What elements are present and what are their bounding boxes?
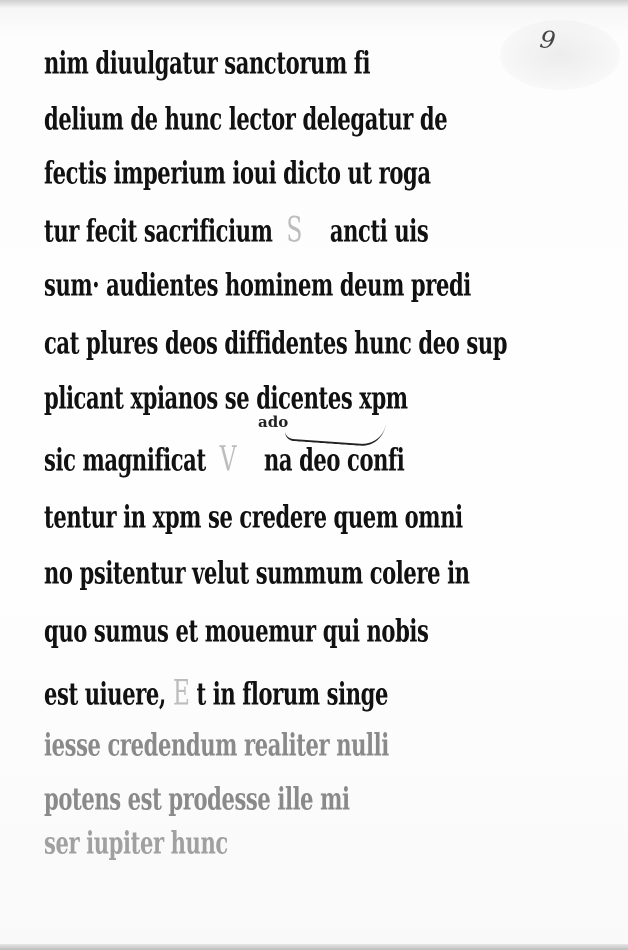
- manuscript-line: nim diuulgatur sanctorum fi: [44, 46, 370, 82]
- line-text: nim diuulgatur sanctorum fi: [44, 46, 370, 82]
- line-text: tentur in xpm se credere quem omni: [44, 500, 463, 536]
- line-text: iesse credendum realiter nulli: [44, 728, 389, 764]
- decorated-initial: E: [173, 673, 190, 713]
- line-text-continued: ancti uis: [330, 214, 428, 250]
- line-text: ser iupiter hunc: [44, 826, 228, 862]
- manuscript-line: cat plures deos diffidentes hunc deo sup: [44, 326, 507, 362]
- line-text: tur fecit sacrificium: [44, 214, 273, 250]
- line-text: cat plures deos diffidentes hunc deo sup: [44, 326, 507, 362]
- decorated-initial: S: [286, 210, 302, 250]
- line-text: no psitentur velut summum colere in: [44, 556, 470, 592]
- manuscript-line: sum· audientes hominem deum predi: [44, 268, 471, 304]
- line-text: sic magnificat: [44, 443, 206, 479]
- manuscript-line: plicant xpianos se dicentes xpm: [44, 381, 408, 417]
- line-text: quo sumus et mouemur qui nobis: [44, 614, 429, 650]
- manuscript-line: tur fecit sacrificium S ancti uis: [44, 210, 428, 250]
- line-text: sum· audientes hominem deum predi: [44, 268, 471, 304]
- manuscript-line: no psitentur velut summum colere in: [44, 556, 470, 592]
- manuscript-line: est uiuere, E t in florum singe: [44, 673, 388, 713]
- line-text: fectis imperium ioui dicto ut roga: [44, 156, 431, 192]
- page-top-shadow: [0, 0, 628, 8]
- page-bottom-edge: [0, 944, 628, 950]
- interlinear-note: ado: [258, 413, 288, 431]
- manuscript-line: fectis imperium ioui dicto ut roga: [44, 156, 431, 192]
- decorated-initial: V: [220, 439, 237, 479]
- manuscript-line-faded: ser iupiter hunc: [44, 826, 228, 862]
- line-text-continued: na deo confi: [264, 443, 404, 479]
- line-text-continued: t in florum singe: [196, 677, 388, 713]
- parchment-stain: [500, 20, 620, 90]
- manuscript-line-faded: potens est prodesse ille mi: [44, 782, 350, 818]
- manuscript-page: 9 nim diuulgatur sanctorum fi delium de …: [0, 0, 628, 950]
- manuscript-line: delium de hunc lector delegatur de: [44, 102, 447, 138]
- manuscript-line: quo sumus et mouemur qui nobis: [44, 614, 429, 650]
- line-text: potens est prodesse ille mi: [44, 782, 350, 818]
- manuscript-line: sic magnificat V na deo confi: [44, 439, 404, 479]
- manuscript-line: tentur in xpm se credere quem omni: [44, 500, 463, 536]
- line-text: delium de hunc lector delegatur de: [44, 102, 447, 138]
- manuscript-line-faded: iesse credendum realiter nulli: [44, 728, 389, 764]
- line-text: plicant xpianos se dicentes xpm: [44, 381, 408, 417]
- line-text: est uiuere,: [44, 677, 166, 713]
